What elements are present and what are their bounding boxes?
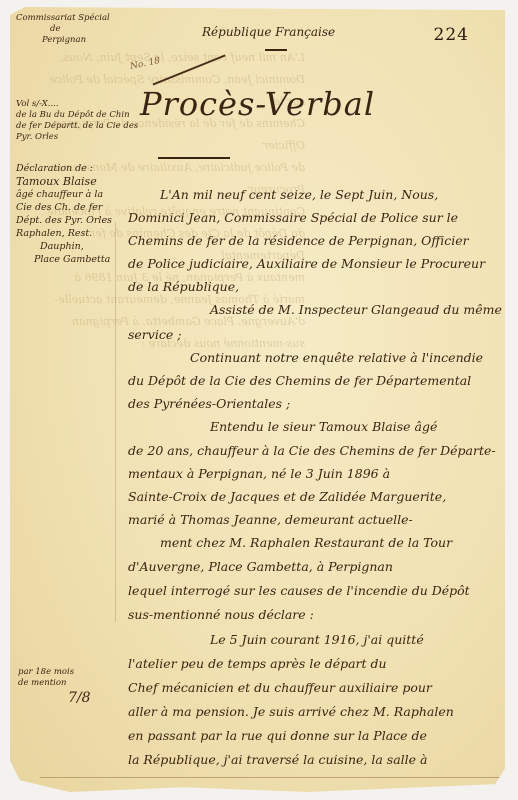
- margin-note-subject: Vol s/-X.... de la Bu du Dépôt de Chin d…: [16, 99, 138, 143]
- body-line: Chef mécanicien et du chauffeur auxiliai…: [128, 680, 432, 695]
- body-line: L'An mil neuf cent seize, le Sept Juin, …: [160, 187, 438, 202]
- margin-note-declaration: Déclaration de : Tamoux Blaise âgé chauf…: [16, 162, 112, 266]
- body-line: marié à Thomas Jeanne, demeurant actuell…: [128, 512, 413, 527]
- torn-bottom-edge: [40, 777, 510, 784]
- body-line: Sainte-Croix de Jacques et de Zalidée Ma…: [128, 489, 446, 504]
- body-line: Dominici Jean, Commissaire Spécial de Po…: [128, 210, 458, 225]
- body-line: mentaux à Perpignan, né le 3 Juin 1896 à: [128, 466, 390, 481]
- body-line: Entendu le sieur Tamoux Blaise âgé: [210, 419, 437, 434]
- body-line: de 20 ans, chauffeur à la Cie des Chemin…: [128, 443, 496, 458]
- margin-rule: [115, 222, 116, 622]
- body-line: en passant par la rue qui donne sur la P…: [128, 728, 427, 743]
- body-line: sus-mentionné nous déclare :: [128, 607, 314, 622]
- document-header: République Française: [202, 25, 335, 39]
- body-line: du Dépôt de la Cie des Chemins de fer Dé…: [128, 373, 471, 388]
- body-line: des Pyrénées-Orientales ;: [128, 396, 290, 411]
- header-underline: [265, 49, 287, 51]
- title-underline: [158, 157, 230, 159]
- page-number: 224: [434, 25, 469, 45]
- body-line: la République, j'ai traversé la cuisine,…: [128, 752, 427, 767]
- document-page: L'An mil neuf cent seize, le Sept Juin, …: [10, 7, 505, 792]
- body-line: Chemins de fer de la résidence de Perpig…: [128, 233, 469, 248]
- body-line: Continuant notre enquête relative à l'in…: [190, 350, 483, 365]
- body-line: d'Auvergne, Place Gambetta, à Perpignan: [128, 559, 393, 574]
- body-line: de la République,: [128, 279, 239, 294]
- margin-note-footnote: par 18e mois de mention 7/8: [18, 667, 91, 704]
- body-line: de Police judiciaire, Auxiliaire de Mons…: [128, 256, 485, 271]
- margin-note-commissariat: Commissariat Spécial de Perpignan: [16, 13, 110, 46]
- body-line: Assisté de M. Inspecteur Glangeaud du mê…: [210, 302, 502, 317]
- body-line: aller à ma pension. Je suis arrivé chez …: [128, 704, 454, 719]
- body-line: lequel interrogé sur les causes de l'inc…: [128, 583, 470, 598]
- body-line: l'atelier peu de temps après le départ d…: [128, 656, 387, 671]
- document-title: Procès-Verbal: [140, 85, 375, 123]
- body-line: service ;: [128, 327, 181, 342]
- body-line: Le 5 Juin courant 1916, j'ai quitté: [210, 632, 424, 647]
- body-line: ment chez M. Raphalen Restaurant de la T…: [160, 535, 452, 550]
